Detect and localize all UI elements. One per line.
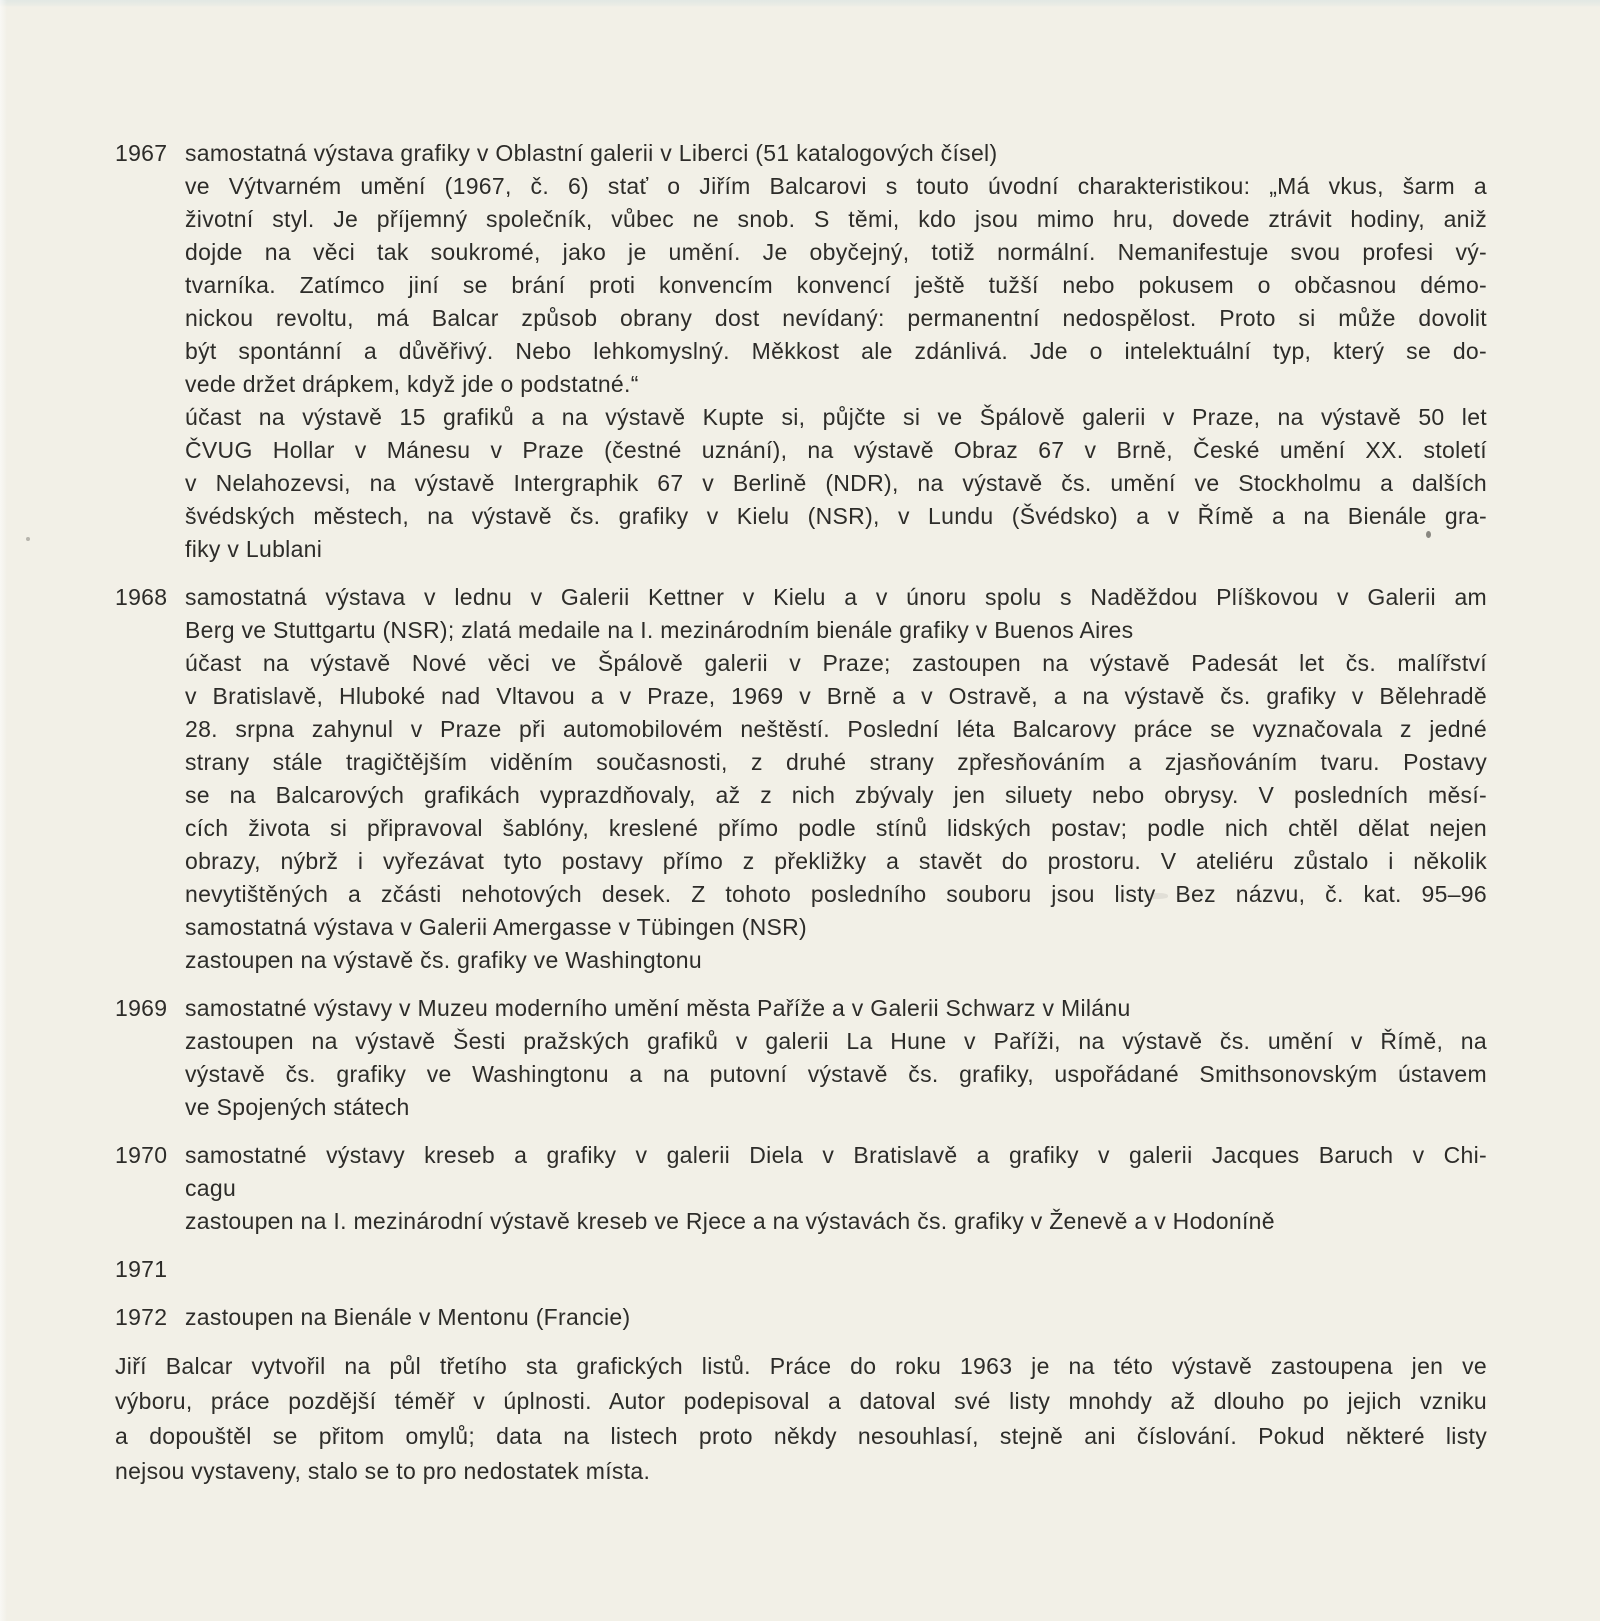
text-line: nevytištěných a zčásti nehotových desek.… [185,878,1487,911]
entry-text: samostatná výstava v lednu v Galerii Ket… [185,581,1487,977]
year-entries: 1967samostatná výstava grafiky v Oblastn… [115,137,1487,1334]
text-line: životní styl. Je příjemný společník, vůb… [185,203,1487,236]
paper-speck [26,537,30,541]
text-line: dojde na věci tak soukromé, jako je uměn… [185,236,1487,269]
text-line: samostatná výstava v Galerii Amergasse v… [185,911,1487,944]
year-label: 1971 [115,1253,185,1286]
text-line: fiky v Lublani [185,533,1487,566]
text-line: samostatné výstavy v Muzeu moderního umě… [185,992,1487,1025]
scan-top-edge [0,0,1600,7]
text-line: účast na výstavě Nové věci ve Špálově ga… [185,647,1487,680]
text-line: strany stále tragičtějším viděním součas… [185,746,1487,779]
text-line: zastoupen na výstavě čs. grafiky ve Wash… [185,944,1487,977]
text-line: se na Balcarových grafikách vyprazdňoval… [185,779,1487,812]
entry-text: samostatné výstavy v Muzeu moderního umě… [185,992,1487,1124]
year-entry: 1971 [115,1253,1487,1286]
text-line: účast na výstavě 15 grafiků a na výstavě… [185,401,1487,434]
text-line: nickou revoltu, má Balcar způsob obrany … [185,302,1487,335]
text-line: cagu [185,1172,1487,1205]
text-line: tvarníka. Zatímco jiní se brání proti ko… [185,269,1487,302]
year-label: 1969 [115,992,185,1025]
closing-paragraph: Jiří Balcar vytvořil na půl třetího sta … [115,1349,1487,1489]
text-line: cích života si připravoval šablóny, kres… [185,812,1487,845]
catalog-page: 1967samostatná výstava grafiky v Oblastn… [0,0,1600,1621]
text-line: být spontánní a důvěřivý. Nebo lehkomysl… [185,335,1487,368]
year-label: 1972 [115,1301,185,1334]
text-line: samostatná výstava grafiky v Oblastní ga… [185,137,1487,170]
text-line: Jiří Balcar vytvořil na půl třetího sta … [115,1349,1487,1384]
year-label: 1968 [115,581,185,614]
year-entry: 1970samostatné výstavy kreseb a grafiky … [115,1139,1487,1238]
text-line: zastoupen na výstavě Šesti pražských gra… [185,1025,1487,1058]
text-line: v Bratislavě, Hluboké nad Vltavou a v Pr… [185,680,1487,713]
text-line: ve Výtvarném umění (1967, č. 6) stať o J… [185,170,1487,203]
scan-left-edge [0,0,7,1621]
entry-text: samostatná výstava grafiky v Oblastní ga… [185,137,1487,566]
text-line: nejsou vystaveny, stalo se to pro nedost… [115,1454,1487,1489]
text-line: švédských městech, na výstavě čs. grafik… [185,500,1487,533]
year-entry: 1968samostatná výstava v lednu v Galerii… [115,581,1487,977]
year-label: 1970 [115,1139,185,1172]
text-line: Berg ve Stuttgartu (NSR); zlatá medaile … [185,614,1487,647]
text-line: samostatná výstava v lednu v Galerii Ket… [185,581,1487,614]
text-line: a dopouštěl se přitom omylů; data na lis… [115,1419,1487,1454]
year-entry: 1972zastoupen na Bienále v Mentonu (Fran… [115,1301,1487,1334]
year-entry: 1967samostatná výstava grafiky v Oblastn… [115,137,1487,566]
text-line: zastoupen na Bienále v Mentonu (Francie) [185,1301,1487,1334]
text-line: výboru, práce pozdější téměř v úplnosti.… [115,1384,1487,1419]
year-entry: 1969samostatné výstavy v Muzeu moderního… [115,992,1487,1124]
chronology-text: 1967samostatná výstava grafiky v Oblastn… [115,137,1487,1489]
text-line: zastoupen na I. mezinárodní výstavě kres… [185,1205,1487,1238]
entry-text: zastoupen na Bienále v Mentonu (Francie) [185,1301,1487,1334]
text-line: výstavě čs. grafiky ve Washingtonu a na … [185,1058,1487,1091]
scanned-catalog-page-body: { "page": { "background_color": "#f2f0e7… [0,0,1600,1621]
text-line: ČVUG Hollar v Mánesu v Praze (čestné uzn… [185,434,1487,467]
entry-text: samostatné výstavy kreseb a grafiky v ga… [185,1139,1487,1238]
text-line: vede držet drápkem, když jde o podstatné… [185,368,1487,401]
text-line: samostatné výstavy kreseb a grafiky v ga… [185,1139,1487,1172]
text-line: v Nelahozevsi, na výstavě Intergraphik 6… [185,467,1487,500]
year-label: 1967 [115,137,185,170]
text-line: obrazy, nýbrž i vyřezávat tyto postavy p… [185,845,1487,878]
text-line: 28. srpna zahynul v Praze při automobilo… [185,713,1487,746]
text-line: ve Spojených státech [185,1091,1487,1124]
